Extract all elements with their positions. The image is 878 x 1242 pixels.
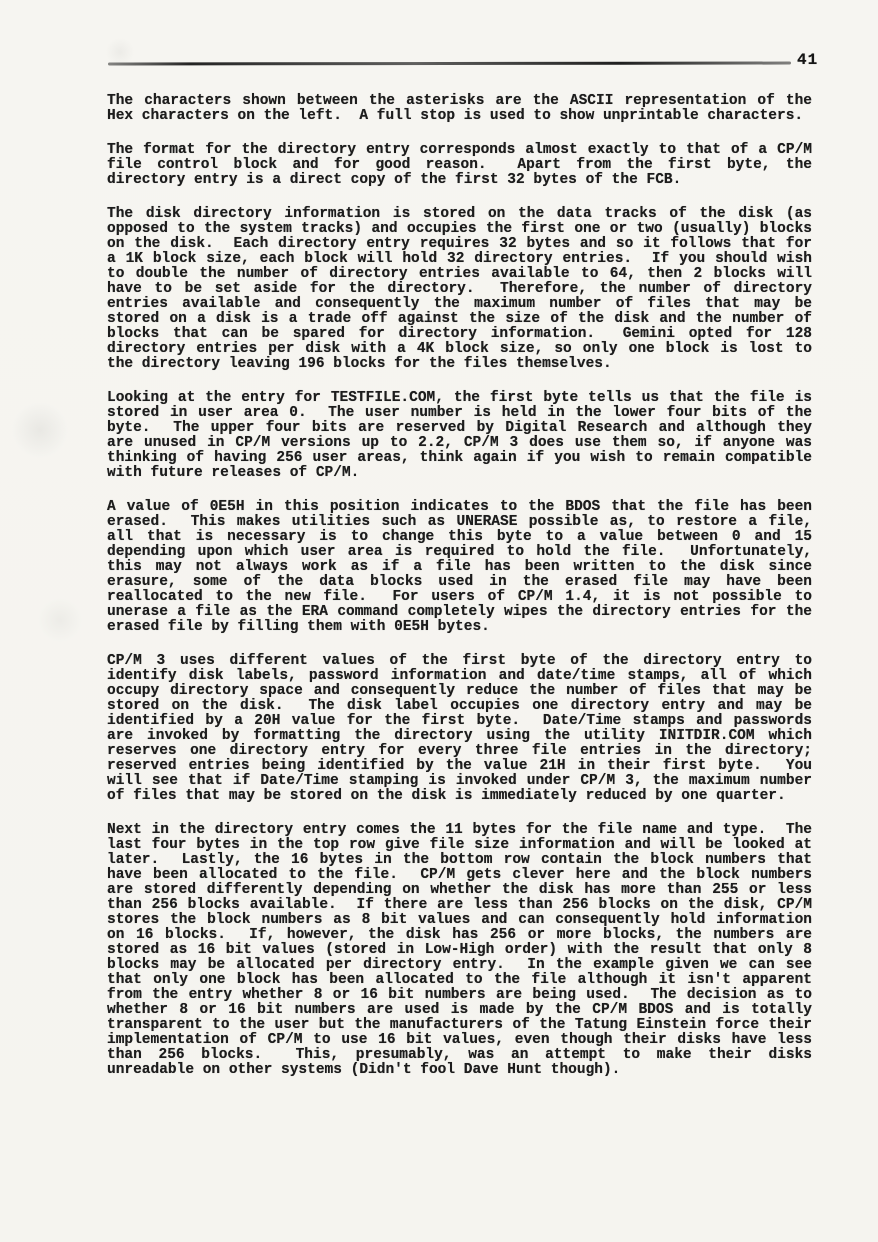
paragraph: The format for the directory entry corre… xyxy=(107,143,812,188)
text-line: the directory leaving 196 blocks for the… xyxy=(107,357,812,372)
text-line: later. Lastly, the 16 bytes in the botto… xyxy=(107,853,812,868)
text-line: The disk directory information is stored… xyxy=(107,207,812,222)
text-line: transparent to the user but the manufact… xyxy=(107,1018,812,1033)
text-line: have been allocated to the file. CP/M ge… xyxy=(107,868,812,883)
text-line: byte. The upper four bits are reserved b… xyxy=(107,421,812,436)
text-line: unerase a file as the ERA command comple… xyxy=(107,605,812,620)
text-line: to double the number of directory entrie… xyxy=(107,267,812,282)
text-line: stored as 16 bit values (stored in Low-H… xyxy=(107,943,812,958)
text-line: all that is necessary is to change this … xyxy=(107,530,812,545)
text-line: reserved entries being identified by the… xyxy=(107,759,812,774)
text-line: directory entries per disk with a 4K blo… xyxy=(107,342,812,357)
text-line: unreadable on other systems (Didn't fool… xyxy=(107,1063,812,1078)
text-line: occupy directory space and consequently … xyxy=(107,684,812,699)
text-line: with future releases of CP/M. xyxy=(107,466,812,481)
text-line: reallocated to the new file. For users o… xyxy=(107,590,812,605)
text-line: directory entry is a direct copy of the … xyxy=(107,173,812,188)
text-line: are unused in CP/M versions up to 2.2, C… xyxy=(107,436,812,451)
text-line: Hex characters on the left. A full stop … xyxy=(107,109,812,124)
paragraph: Looking at the entry for TESTFILE.COM, t… xyxy=(107,391,812,481)
paragraph: A value of 0E5H in this position indicat… xyxy=(107,500,812,635)
text-line: from the entry whether 8 or 16 bit numbe… xyxy=(107,988,812,1003)
text-line: this may not always work as if a file ha… xyxy=(107,560,812,575)
text-line: erased file by filling them with 0E5H by… xyxy=(107,620,812,635)
text-line: are invoked by formatting the directory … xyxy=(107,729,812,744)
paragraph: The characters shown between the asteris… xyxy=(107,94,812,124)
page-number: 41 xyxy=(797,51,818,69)
text-line: file control block and for good reason. … xyxy=(107,158,812,173)
text-line: Looking at the entry for TESTFILE.COM, t… xyxy=(107,391,812,406)
text-line: erasure, some of the data blocks used in… xyxy=(107,575,812,590)
text-column: The characters shown between the asteris… xyxy=(107,94,812,1097)
paragraph: Next in the directory entry comes the 11… xyxy=(107,823,812,1078)
text-line: opposed to the system tracks) and occupi… xyxy=(107,222,812,237)
text-line: on 16 blocks. If, however, the disk has … xyxy=(107,928,812,943)
text-line: The format for the directory entry corre… xyxy=(107,143,812,158)
text-line: stored on a disk is a trade off against … xyxy=(107,312,812,327)
text-line: stores the block numbers as 8 bit values… xyxy=(107,913,812,928)
text-line: blocks may be allocated per directory en… xyxy=(107,958,812,973)
text-line: a 1K block size, each block will hold 32… xyxy=(107,252,812,267)
text-line: entries available and consequently the m… xyxy=(107,297,812,312)
text-line: identify disk labels, password informati… xyxy=(107,669,812,684)
text-line: than 256 blocks available. If there are … xyxy=(107,898,812,913)
text-line: whether 8 or 16 bit numbers are used is … xyxy=(107,1003,812,1018)
header-rule xyxy=(108,62,791,66)
text-line: are stored differently depending on whet… xyxy=(107,883,812,898)
text-line: have to be set aside for the directory. … xyxy=(107,282,812,297)
text-line: on the disk. Each directory entry requir… xyxy=(107,237,812,252)
text-line: than 256 blocks. This, presumably, was a… xyxy=(107,1048,812,1063)
text-line: erased. This makes utilities such as UNE… xyxy=(107,515,812,530)
text-line: The characters shown between the asteris… xyxy=(107,94,812,109)
text-line: blocks that can be spared for directory … xyxy=(107,327,812,342)
text-line: identified by a 20H value for the first … xyxy=(107,714,812,729)
text-line: stored on the disk. The disk label occup… xyxy=(107,699,812,714)
paragraph: The disk directory information is stored… xyxy=(107,207,812,372)
text-line: will see that if Date/Time stamping is i… xyxy=(107,774,812,789)
paragraph: CP/M 3 uses different values of the firs… xyxy=(107,654,812,804)
text-line: last four bytes in the top row give file… xyxy=(107,838,812,853)
text-line: of files that may be stored on the disk … xyxy=(107,789,812,804)
text-line: reserves one directory entry for every t… xyxy=(107,744,812,759)
text-line: stored in user area 0. The user number i… xyxy=(107,406,812,421)
text-line: Next in the directory entry comes the 11… xyxy=(107,823,812,838)
text-line: depending upon which user area is requir… xyxy=(107,545,812,560)
text-line: thinking of having 256 user areas, think… xyxy=(107,451,812,466)
scanned-document-page: 41 The characters shown between the aste… xyxy=(0,0,878,1242)
text-line: that only one block has been allocated t… xyxy=(107,973,812,988)
text-line: implementation of CP/M to use 16 bit val… xyxy=(107,1033,812,1048)
text-line: CP/M 3 uses different values of the firs… xyxy=(107,654,812,669)
text-line: A value of 0E5H in this position indicat… xyxy=(107,500,812,515)
